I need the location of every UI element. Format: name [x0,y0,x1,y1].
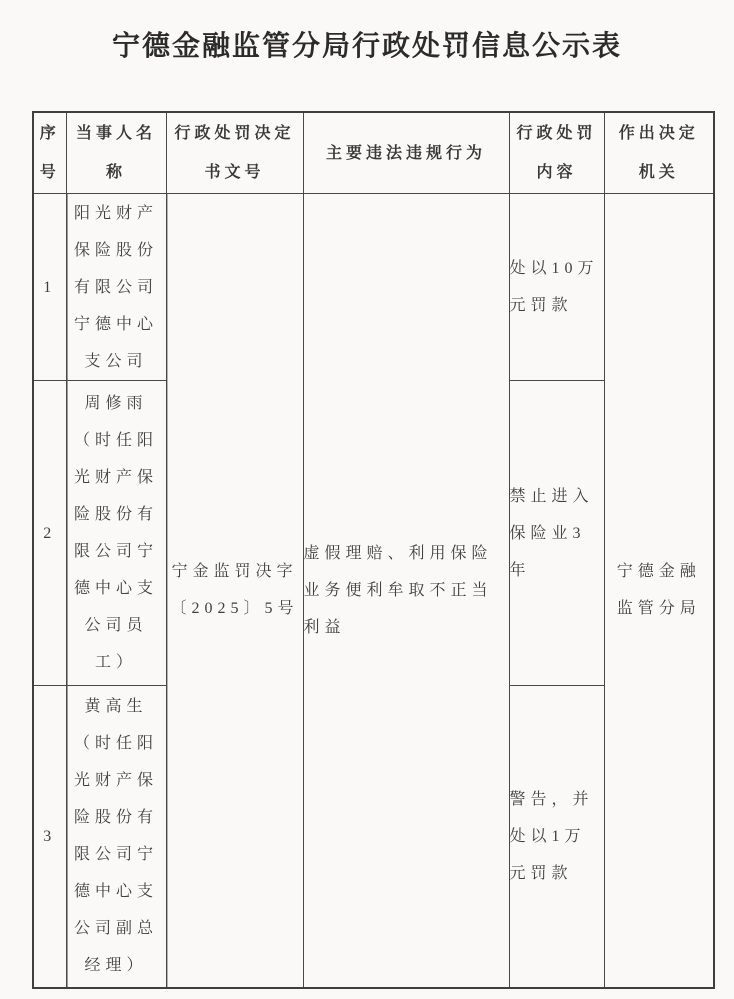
deciding-authority-cell: 宁德金融 监管分局 [604,194,714,988]
index-cell-1: 1 [33,194,66,381]
header-cell-deciding-authority: 作出决定 机关 [604,112,714,194]
party-name-cell-3: 黄高生 （时任阳 光财产保 险股份有 限公司宁 德中心支 公司副总 经理） [66,686,166,988]
header-row: 序 号 当事人名 称 行政处罚决定 书文号 主要违法违规行为 行政处罚 内容 作… [33,112,714,194]
penalty-cell-1: 处以10万 元罚款 [509,194,604,381]
header-cell-party-name: 当事人名 称 [66,112,166,194]
index-cell-2: 2 [33,381,66,686]
violation-cell: 虚假理赔、利用保险 业务便利牟取不正当 利益 [303,194,509,988]
header-cell-index: 序 号 [33,112,66,194]
penalty-cell-3: 警告，并 处以1万 元罚款 [509,686,604,988]
header-cell-decision-doc-no: 行政处罚决定 书文号 [166,112,303,194]
header-cell-penalty-content: 行政处罚 内容 [509,112,604,194]
party-name-cell-1: 阳光财产 保险股份 有限公司 宁德中心 支公司 [66,194,166,381]
penalty-cell-2: 禁止进入 保险业3 年 [509,381,604,686]
page: 宁德金融监管分局行政处罚信息公示表 序 号 当事人名 称 行政处罚决定 书文号 … [0,0,734,999]
party-name-cell-2: 周修雨 （时任阳 光财产保 险股份有 限公司宁 德中心支 公司员 工） [66,381,166,686]
decision-doc-no-cell: 宁金监罚决字 〔2025〕5号 [166,194,303,988]
table-row-1: 1 阳光财产 保险股份 有限公司 宁德中心 支公司 宁金监罚决字 〔2025〕5… [33,194,714,381]
penalty-table: 序 号 当事人名 称 行政处罚决定 书文号 主要违法违规行为 行政处罚 内容 作… [32,111,715,989]
page-title: 宁德金融监管分局行政处罚信息公示表 [0,0,734,64]
index-cell-3: 3 [33,686,66,988]
header-cell-violation: 主要违法违规行为 [303,112,509,194]
